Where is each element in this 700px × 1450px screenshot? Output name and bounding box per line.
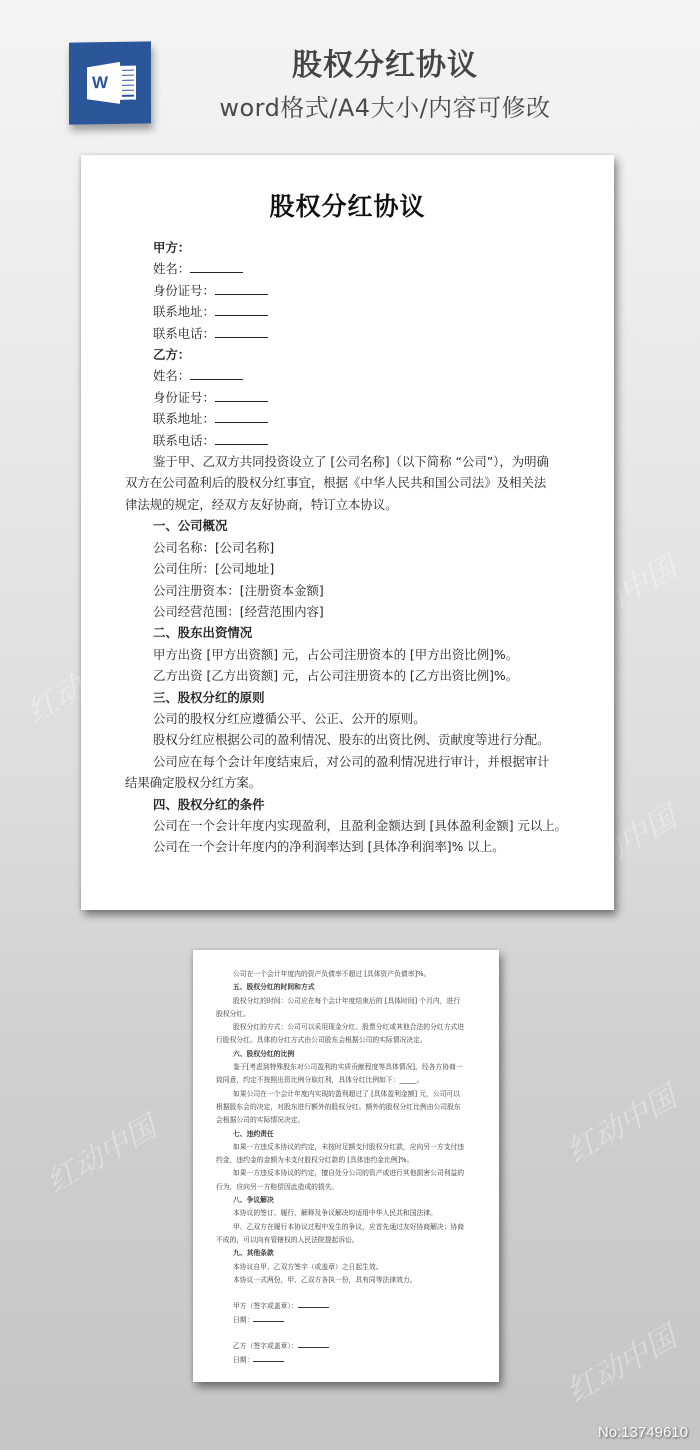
blank-line xyxy=(190,261,243,273)
section-heading: 四、股权分红的条件 xyxy=(153,794,553,815)
signature-party-b: 乙方（签字或盖章）： xyxy=(233,1340,465,1353)
section-line: 公司注册资本：[注册资本金额] xyxy=(153,580,553,601)
section-line: 公司在一个会计年度内实现盈利，且盈利金额达到 [具体盈利金额] 元以上。 xyxy=(153,815,553,836)
blank-line xyxy=(215,390,268,402)
signature-party-a-date: 日期： xyxy=(233,1314,465,1327)
section-heading: 二、股东出资情况 xyxy=(153,622,553,643)
party-a-phone-field: 联系电话： xyxy=(153,323,553,344)
section-heading: 五、股权分红的时间和方式 xyxy=(233,981,465,994)
blank-line xyxy=(215,433,268,445)
section-line: 公司经营范围：[经营范围内容] xyxy=(153,601,553,622)
watermark: 红动中国 xyxy=(557,1313,683,1411)
section-line: 乙方出资 [乙方出资额] 元，占公司注册资本的 [乙方出资比例]%。 xyxy=(153,665,553,686)
section-paragraph: 如果一方违反本协议的约定，擅自处分公司的资产或进行其他损害公司利益的行为，应向另… xyxy=(216,1167,465,1194)
field-label: 身份证号： xyxy=(153,283,215,298)
section-line: 公司住所：[公司地址] xyxy=(153,558,553,579)
blank-line xyxy=(253,1315,284,1322)
section-heading: 六、股权分红的比例 xyxy=(233,1048,465,1061)
field-label: 联系地址： xyxy=(153,304,215,319)
blank-line xyxy=(298,1341,329,1348)
section-line: 公司在一个会计年度内的资产负债率不超过 [具体资产负债率]%。 xyxy=(233,968,465,981)
blank-line xyxy=(215,283,268,295)
watermark: 红动中国 xyxy=(37,1103,163,1201)
party-b-name-field: 姓名： xyxy=(153,365,553,386)
party-b-address-field: 联系地址： xyxy=(153,408,553,429)
section-line: 公司名称：[公司名称] xyxy=(153,537,553,558)
section-paragraph: 如果一方违反本协议的约定，未按时足额支付股权分红款，应向另一方支付违约金，违约金… xyxy=(216,1141,465,1168)
section-paragraph: 股权分红的时间：公司应在每个会计年度结束后的 [具体时间] 个月内，进行股权分红… xyxy=(216,995,465,1022)
section-line: 本协议自甲、乙双方签字（或盖章）之日起生效。 xyxy=(233,1261,465,1274)
section-heading: 一、公司概况 xyxy=(153,515,553,536)
section-heading: 三、股权分红的原则 xyxy=(153,687,553,708)
signature-party-a: 甲方（签字或盖章）： xyxy=(233,1300,465,1313)
blank-line xyxy=(298,1301,329,1308)
word-doc-icon: W xyxy=(69,41,151,124)
party-b-id-field: 身份证号： xyxy=(153,387,553,408)
section-paragraph: 鉴于[考虑到特殊股东对公司盈利的实质贡献程度等具体情况]，经各方协商一致同意，约… xyxy=(216,1061,465,1088)
signature-party-b-date: 日期： xyxy=(233,1354,465,1367)
image-id-label: No:13749610 xyxy=(598,1424,688,1441)
header-title: 股权分红协议 xyxy=(180,40,590,84)
field-label: 联系电话： xyxy=(153,433,215,448)
party-b-phone-field: 联系电话： xyxy=(153,430,553,451)
field-label: 姓名： xyxy=(153,368,190,383)
section-line: 公司在一个会计年度内的净利润率达到 [具体净利润率]% 以上。 xyxy=(153,836,553,857)
blank-line xyxy=(215,326,268,338)
document-body: 公司在一个会计年度内的资产负债率不超过 [具体资产负债率]%。 五、股权分红的时… xyxy=(233,968,465,1367)
field-label: 日期： xyxy=(233,1316,253,1324)
field-label: 日期： xyxy=(233,1356,253,1364)
field-label: 联系电话： xyxy=(153,326,215,341)
party-a-name-field: 姓名： xyxy=(153,258,553,279)
section-heading: 八、争议解决 xyxy=(233,1194,465,1207)
section-line: 股权分红应根据公司的盈利情况、股东的出资比例、贡献度等进行分配。 xyxy=(153,729,553,750)
section-paragraph: 甲、乙双方在履行本协议过程中发生的争议，应首先通过友好协商解决；协商不成的，可以… xyxy=(216,1221,465,1248)
field-label: 甲方（签字或盖章）： xyxy=(233,1302,298,1310)
party-a-id-field: 身份证号： xyxy=(153,280,553,301)
section-line: 甲方出资 [甲方出资额] 元，占公司注册资本的 [甲方出资比例]%。 xyxy=(153,644,553,665)
word-letter: W xyxy=(92,73,108,93)
blank-line xyxy=(253,1355,284,1362)
document-page-2: 公司在一个会计年度内的资产负债率不超过 [具体资产负债率]%。 五、股权分红的时… xyxy=(193,950,499,1382)
field-label: 身份证号： xyxy=(153,390,215,405)
watermark: 红动中国 xyxy=(557,1073,683,1171)
document-title: 股权分红协议 xyxy=(81,187,614,223)
section-heading: 七、违约责任 xyxy=(233,1128,465,1141)
preamble-paragraph: 鉴于甲、乙双方共同投资设立了 [公司名称]（以下简称 “公司”），为明确双方在公… xyxy=(125,451,553,515)
section-line: 公司的股权分红应遵循公平、公正、公开的原则。 xyxy=(153,708,553,729)
section-heading: 九、其他条款 xyxy=(233,1247,465,1260)
section-paragraph: 股权分红的方式：公司可以采用现金分红、股票分红或其他合法的分红方式进行股权分红。… xyxy=(216,1021,465,1048)
document-page-1: 股权分红协议 甲方： 姓名： 身份证号： 联系地址： 联系电话： 乙方： 姓名：… xyxy=(81,155,614,910)
section-line: 本协议一式两份，甲、乙双方各执一份，具有同等法律效力。 xyxy=(233,1274,465,1287)
section-line: 本协议的签订、履行、解释及争议解决均适用中华人民共和国法律。 xyxy=(233,1207,465,1220)
blank-line xyxy=(215,411,268,423)
document-body: 甲方： 姓名： 身份证号： 联系地址： 联系电话： 乙方： 姓名： 身份证号： … xyxy=(153,237,553,858)
section-paragraph: 如果公司在一个会计年度内实现的盈利超过了 [具体盈利金额] 元，公司可以根据股东… xyxy=(216,1088,465,1128)
party-a-heading: 甲方： xyxy=(153,237,553,258)
blank-line xyxy=(190,368,243,380)
field-label: 乙方（签字或盖章）： xyxy=(233,1342,298,1350)
header-subtitle: word格式/A4大小/内容可修改 xyxy=(160,88,610,123)
field-label: 联系地址： xyxy=(153,411,215,426)
party-b-heading: 乙方： xyxy=(153,344,553,365)
section-paragraph: 公司应在每个会计年度结束后，对公司的盈利情况进行审计，并根据审计结果确定股权分红… xyxy=(125,751,553,794)
field-label: 姓名： xyxy=(153,261,190,276)
blank-line xyxy=(215,304,268,316)
party-a-address-field: 联系地址： xyxy=(153,301,553,322)
